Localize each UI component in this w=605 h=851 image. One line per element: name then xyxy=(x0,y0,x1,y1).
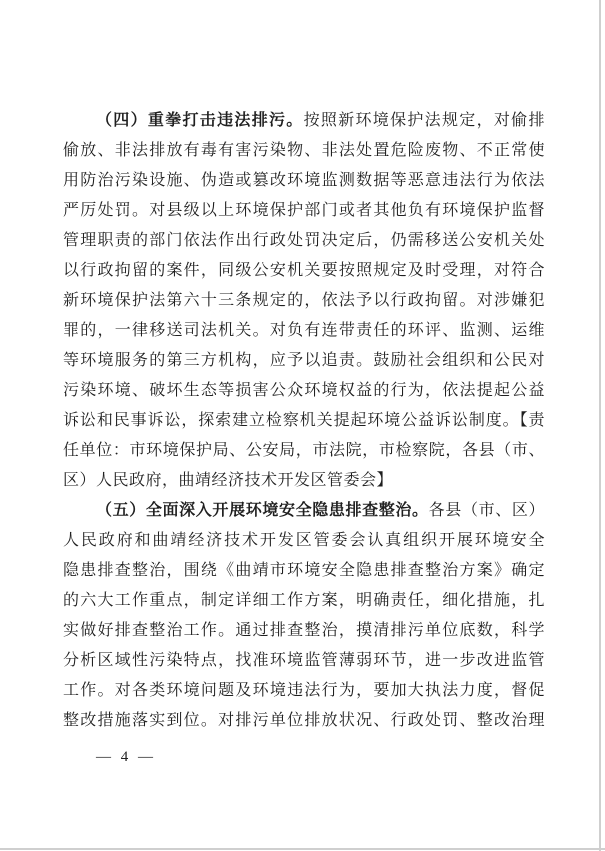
line-text: 严厉处罚。对县级以上环境保护部门或者其他负有环境保护监督 xyxy=(63,202,545,219)
text-line: 以行政拘留的案件，同级公安机关要按照规定及时受理，对符合 xyxy=(63,256,545,286)
text-line: 偷放、非法排放有毒有害污染物、非法处置危险废物、不正常使 xyxy=(63,136,545,166)
line-text: 隐患排查整治，围绕《曲靖市环境安全隐患排查整治方案》确定 xyxy=(63,562,545,579)
text-line: 等环境服务的第三方机构，应予以追责。鼓励社会组织和公民对 xyxy=(63,346,545,376)
line-text: 偷放、非法排放有毒有害污染物、非法处置危险废物、不正常使 xyxy=(63,142,545,159)
text-line: 罪的，一律移送司法机关。对负有连带责任的环评、监测、运维 xyxy=(63,316,545,346)
text-line: 整改措施落实到位。对排污单位排放状况、行政处罚、整改治理 xyxy=(63,706,545,736)
text-line: 严厉处罚。对县级以上环境保护部门或者其他负有环境保护监督 xyxy=(63,196,545,226)
text-line: 工作。对各类环境问题及环境违法行为，要加大执法力度，督促 xyxy=(63,676,545,706)
text-line: （五）全面深入开展环境安全隐患排查整治。各县（市、区） xyxy=(63,496,545,526)
text-line: 实做好排查整治工作。通过排查整治，摸清排污单位底数，科学 xyxy=(63,616,545,646)
line-text: 人民政府和曲靖经济技术开发区管委会认真组织开展环境安全 xyxy=(63,532,545,549)
line-text: 各县（市、区） xyxy=(429,502,545,519)
page-number: — 4 — xyxy=(96,749,156,766)
text-line: 区）人民政府，曲靖经济技术开发区管委会】 xyxy=(63,466,545,496)
text-line: 人民政府和曲靖经济技术开发区管委会认真组织开展环境安全 xyxy=(63,526,545,556)
document-page: （四）重拳打击违法排污。按照新环境保护法规定，对偷排偷放、非法排放有毒有害污染物… xyxy=(0,0,605,851)
text-line: 管理职责的部门依法作出行政处罚决定后，仍需移送公安机关处 xyxy=(63,226,545,256)
line-text: 分析区域性污染特点，找准环境监管薄弱环节，进一步改进监管 xyxy=(63,652,545,669)
text-line: 的六大工作重点，制定详细工作方案，明确责任，细化措施，扎 xyxy=(63,586,545,616)
text-line: 诉讼和民事诉讼，探索建立检察机关提起环境公益诉讼制度。【责 xyxy=(63,406,545,436)
text-line: 任单位：市环境保护局、公安局，市法院，市检察院，各县（市、 xyxy=(63,436,545,466)
page-edge-bottom xyxy=(0,848,605,850)
line-text: 等环境服务的第三方机构，应予以追责。鼓励社会组织和公民对 xyxy=(63,352,545,369)
line-text: 实做好排查整治工作。通过排查整治，摸清排污单位底数，科学 xyxy=(63,622,545,639)
line-text: 按照新环境保护法规定，对偷排 xyxy=(304,112,545,129)
line-text: 整改措施落实到位。对排污单位排放状况、行政处罚、整改治理 xyxy=(63,712,545,729)
text-line: 分析区域性污染特点，找准环境监管薄弱环节，进一步改进监管 xyxy=(63,646,545,676)
line-text: 工作。对各类环境问题及环境违法行为，要加大执法力度，督促 xyxy=(63,682,545,699)
text-line: 隐患排查整治，围绕《曲靖市环境安全隐患排查整治方案》确定 xyxy=(63,556,545,586)
line-text: 新环境保护法第六十三条规定的，依法予以行政拘留。对涉嫌犯 xyxy=(63,292,545,309)
line-text: 诉讼和民事诉讼，探索建立检察机关提起环境公益诉讼制度。【责 xyxy=(63,412,545,429)
line-text: 任单位：市环境保护局、公安局，市法院，市检察院，各县（市、 xyxy=(63,442,545,459)
page-edge-right xyxy=(599,0,601,851)
text-line: 污染环境、破坏生态等损害公众环境权益的行为，依法提起公益 xyxy=(63,376,545,406)
line-text: 区）人民政府，曲靖经济技术开发区管委会】 xyxy=(63,472,393,489)
text-block: （四）重拳打击违法排污。按照新环境保护法规定，对偷排偷放、非法排放有毒有害污染物… xyxy=(63,106,545,736)
paragraph-heading: （四）重拳打击违法排污。 xyxy=(96,112,304,129)
line-text: 的六大工作重点，制定详细工作方案，明确责任，细化措施，扎 xyxy=(63,592,545,609)
text-line: （四）重拳打击违法排污。按照新环境保护法规定，对偷排 xyxy=(63,106,545,136)
text-line: 新环境保护法第六十三条规定的，依法予以行政拘留。对涉嫌犯 xyxy=(63,286,545,316)
line-text: 以行政拘留的案件，同级公安机关要按照规定及时受理，对符合 xyxy=(63,262,545,279)
line-text: 污染环境、破坏生态等损害公众环境权益的行为，依法提起公益 xyxy=(63,382,545,399)
line-text: 管理职责的部门依法作出行政处罚决定后，仍需移送公安机关处 xyxy=(63,232,545,249)
text-line: 用防治污染设施、伪造或篡改环境监测数据等恶意违法行为依法 xyxy=(63,166,545,196)
line-text: 罪的，一律移送司法机关。对负有连带责任的环评、监测、运维 xyxy=(63,322,545,339)
line-text: 用防治污染设施、伪造或篡改环境监测数据等恶意违法行为依法 xyxy=(63,172,545,189)
paragraph-heading: （五）全面深入开展环境安全隐患排查整治。 xyxy=(96,502,429,519)
